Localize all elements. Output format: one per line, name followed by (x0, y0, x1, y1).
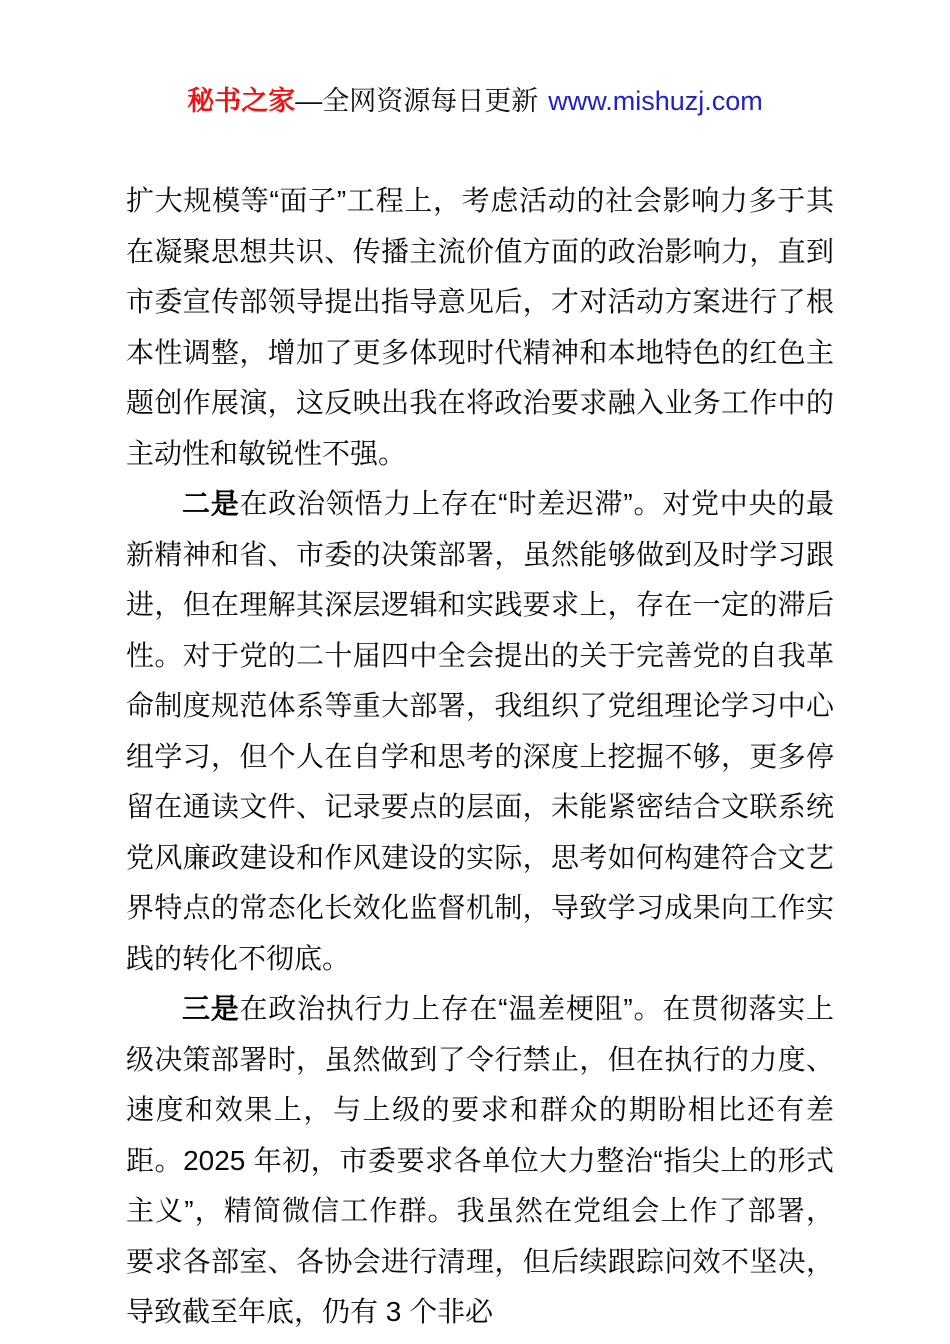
site-header: 秘书之家—全网资源每日更新www.mishuzj.com (0, 84, 950, 118)
paragraph-1-text: 扩大规模等“面子”工程上，考虑活动的社会影响力多于其在凝聚思想共识、传播主流价值… (126, 185, 834, 469)
paragraph-2-text: 在政治领悟力上存在“时差迟滞”。对党中央的最新精神和省、市委的决策部署，虽然能够… (126, 488, 834, 974)
header-tagline: 全网资源每日更新 (322, 86, 538, 116)
paragraph-3-text: 在政治执行力上存在“温差梗阻”。在贯彻落实上级决策部署时，虽然做到了令行禁止，但… (126, 993, 834, 1327)
document-page: 秘书之家—全网资源每日更新www.mishuzj.com 扩大规模等“面子”工程… (0, 0, 950, 1344)
header-url-link[interactable]: www.mishuzj.com (548, 86, 763, 116)
header-separator: — (295, 86, 322, 116)
paragraph-second-point: 二是在政治领悟力上存在“时差迟滞”。对党中央的最新精神和省、市委的决策部署，虽然… (126, 479, 834, 984)
paragraph-2-lead: 二是 (182, 488, 240, 519)
paragraph-third-point: 三是在政治执行力上存在“温差梗阻”。在贯彻落实上级决策部署时，虽然做到了令行禁止… (126, 984, 834, 1338)
paragraph-continuation: 扩大规模等“面子”工程上，考虑活动的社会影响力多于其在凝聚思想共识、传播主流价值… (126, 176, 834, 479)
brand-name: 秘书之家 (187, 86, 295, 116)
paragraph-3-lead: 三是 (182, 993, 240, 1024)
document-body: 扩大规模等“面子”工程上，考虑活动的社会影响力多于其在凝聚思想共识、传播主流价值… (126, 176, 834, 1338)
